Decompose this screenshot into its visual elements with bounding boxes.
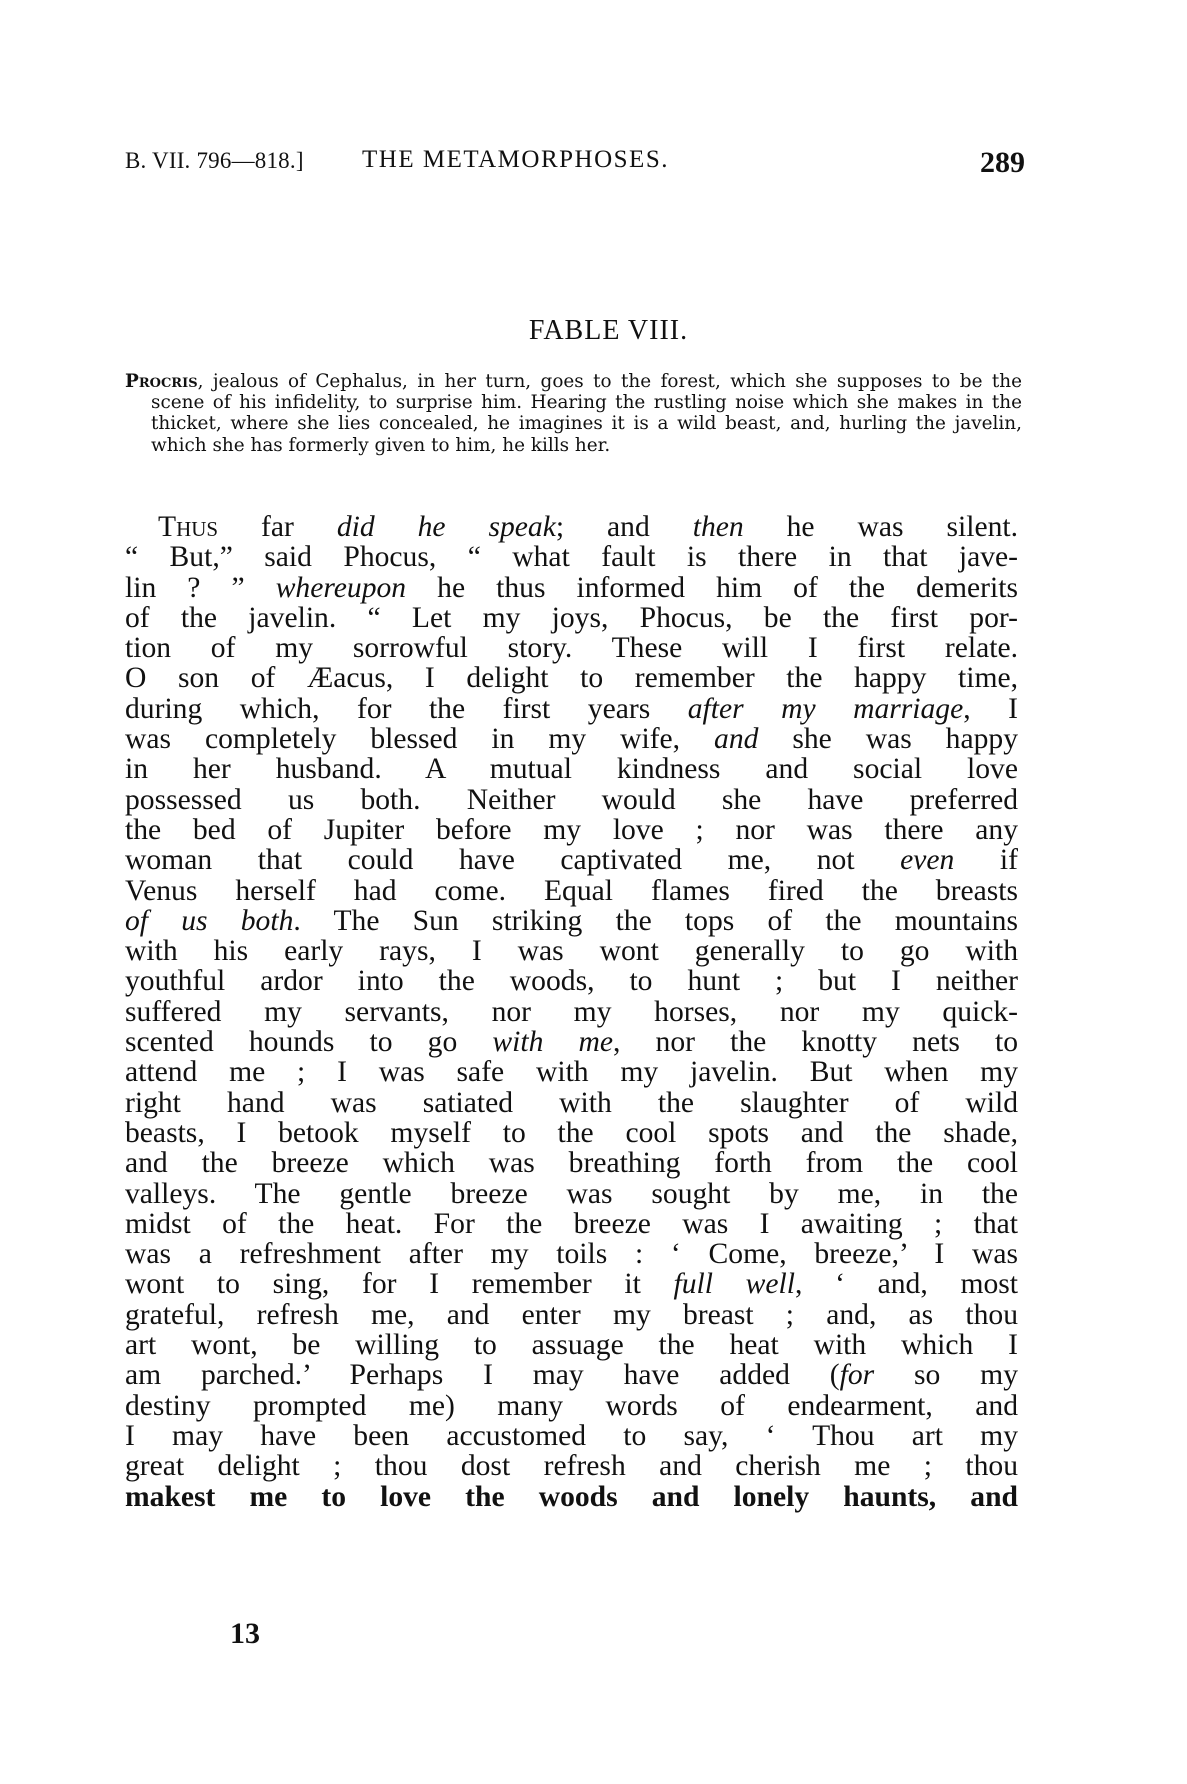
text-segment: so my: [874, 1359, 1018, 1391]
text-line: midst of the heat. For the breeze was I …: [125, 1209, 1018, 1239]
text-line: of us both. The Sun striking the tops of…: [125, 906, 1018, 936]
text-segment: great delight ; thou dost refresh and ch…: [125, 1450, 1018, 1482]
text-segment: with his early rays, I was wont generall…: [125, 935, 1018, 967]
text-segment: far: [218, 511, 337, 543]
signature-mark: 13: [230, 1617, 260, 1651]
text-segment: makest me to love the woods and lonely h…: [125, 1481, 1018, 1513]
text-segment: was a refreshment after my toils : ‘ Com…: [125, 1238, 1018, 1270]
text-line: suffered my servants, nor my horses, nor…: [125, 997, 1018, 1027]
text-segment: grateful, refresh me, and enter my breas…: [125, 1299, 1018, 1331]
text-segment: destiny prompted me) many words of endea…: [125, 1390, 1018, 1422]
text-line: valleys. The gentle breeze was sought by…: [125, 1179, 1018, 1209]
italic-text: for: [840, 1359, 875, 1391]
text-segment: art wont, be willing to assuage the heat…: [125, 1329, 1018, 1361]
book-line-reference: B. VII. 796—818.]: [125, 148, 304, 174]
text-segment: scented hounds to go: [125, 1026, 492, 1058]
running-title: THE METAMORPHOSES.: [362, 146, 669, 174]
text-line: art wont, be willing to assuage the heat…: [125, 1330, 1018, 1360]
argument-lead-word: Procris: [125, 371, 198, 392]
page-number: 289: [980, 146, 1025, 180]
text-line: I may have been accustomed to say, ‘ Tho…: [125, 1421, 1018, 1451]
text-line: scented hounds to go with me, nor the kn…: [125, 1027, 1018, 1057]
italic-text: then: [693, 511, 744, 543]
fable-heading: FABLE VIII.: [0, 315, 1187, 347]
text-line: Thus far did he speak; and then he was s…: [125, 512, 1018, 542]
text-segment: am parched.’ Perhaps I may have added (: [125, 1359, 840, 1391]
book-number: B. VII.: [125, 148, 191, 173]
italic-text: even: [900, 844, 954, 876]
italic-text: of us both: [125, 905, 293, 937]
text-segment: tion of my sorrowful story. These will I…: [125, 632, 1018, 664]
text-segment: attend me ; I was safe with my javelin. …: [125, 1056, 1018, 1088]
text-segment: Venus herself had come. Equal flames fir…: [125, 875, 1018, 907]
text-line: wont to sing, for I remember it full wel…: [125, 1269, 1018, 1299]
text-segment: possessed us both. Neither would she hav…: [125, 784, 1018, 816]
fable-argument: Procris, jealous of Cephalus, in her tur…: [125, 371, 1022, 456]
text-segment: was completely blessed in my wife,: [125, 723, 714, 755]
text-segment: valleys. The gentle breeze was sought by…: [125, 1178, 1018, 1210]
text-line: lin ? ” whereupon he thus informed him o…: [125, 573, 1018, 603]
italic-text: did he speak: [337, 511, 556, 543]
text-segment: of the javelin. “ Let my joys, Phocus, b…: [125, 602, 1018, 634]
italic-text: after my marriage: [688, 693, 964, 725]
text-segment: in her husband. A mutual kindness and so…: [125, 753, 1018, 785]
text-line: was completely blessed in my wife, and s…: [125, 724, 1018, 754]
text-line: of the javelin. “ Let my joys, Phocus, b…: [125, 603, 1018, 633]
text-line: makest me to love the woods and lonely h…: [125, 1482, 1018, 1512]
italic-text: whereupon: [276, 572, 406, 604]
text-segment: , ‘ and, most: [795, 1268, 1018, 1300]
italic-text: with me: [492, 1026, 613, 1058]
text-segment: if: [954, 844, 1018, 876]
text-segment: woman that could have captivated me, not: [125, 844, 900, 876]
text-segment: suffered my servants, nor my horses, nor…: [125, 996, 1018, 1028]
text-line: Venus herself had come. Equal flames fir…: [125, 876, 1018, 906]
text-line: was a refreshment after my toils : ‘ Com…: [125, 1239, 1018, 1269]
body-text: Thus far did he speak; and then he was s…: [125, 512, 1018, 1512]
text-line: possessed us both. Neither would she hav…: [125, 785, 1018, 815]
text-line: youthful ardor into the woods, to hunt ;…: [125, 966, 1018, 996]
text-line: the bed of Jupiter before my love ; nor …: [125, 815, 1018, 845]
text-segment: “ But,” said Phocus, “ what fault is the…: [125, 541, 1018, 573]
text-line: am parched.’ Perhaps I may have added (f…: [125, 1360, 1018, 1390]
book-page: B. VII. 796—818.] THE METAMORPHOSES. 289…: [0, 0, 1187, 1784]
text-line: great delight ; thou dost refresh and ch…: [125, 1451, 1018, 1481]
text-segment: he thus informed him of the demerits: [406, 572, 1018, 604]
text-line: right hand was satiated with the slaught…: [125, 1088, 1018, 1118]
text-segment: she was happy: [758, 723, 1018, 755]
text-segment: youthful ardor into the woods, to hunt ;…: [125, 965, 1018, 997]
text-line: O son of Æacus, I delight to remember th…: [125, 663, 1018, 693]
text-segment: he was silent.: [744, 511, 1018, 543]
text-line: grateful, refresh me, and enter my breas…: [125, 1300, 1018, 1330]
italic-text: full well: [674, 1268, 795, 1300]
text-segment: ; and: [556, 511, 693, 543]
running-header: B. VII. 796—818.] THE METAMORPHOSES. 289: [125, 140, 1025, 190]
text-line: “ But,” said Phocus, “ what fault is the…: [125, 542, 1018, 572]
text-segment: , nor the knotty nets to: [613, 1026, 1018, 1058]
text-line: destiny prompted me) many words of endea…: [125, 1391, 1018, 1421]
text-line: with his early rays, I was wont generall…: [125, 936, 1018, 966]
text-line: and the breeze which was breathing forth…: [125, 1148, 1018, 1178]
text-line: during which, for the first years after …: [125, 694, 1018, 724]
text-segment: wont to sing, for I remember it: [125, 1268, 674, 1300]
text-segment: midst of the heat. For the breeze was I …: [125, 1208, 1018, 1240]
text-line: in her husband. A mutual kindness and so…: [125, 754, 1018, 784]
text-segment: and the breeze which was breathing forth…: [125, 1147, 1018, 1179]
argument-text: , jealous of Cephalus, in her turn, goes…: [151, 371, 1022, 456]
text-line: attend me ; I was safe with my javelin. …: [125, 1057, 1018, 1087]
text-line: woman that could have captivated me, not…: [125, 845, 1018, 875]
text-segment: during which, for the first years: [125, 693, 688, 725]
text-segment: Thus: [158, 511, 218, 543]
line-range: 796—818.]: [196, 148, 303, 173]
text-segment: the bed of Jupiter before my love ; nor …: [125, 814, 1018, 846]
text-segment: O son of Æacus, I delight to remember th…: [125, 662, 1018, 694]
text-segment: right hand was satiated with the slaught…: [125, 1087, 1018, 1119]
text-segment: , I: [963, 693, 1018, 725]
text-segment: beasts, I betook myself to the cool spot…: [125, 1117, 1018, 1149]
italic-text: and: [714, 723, 758, 755]
text-line: tion of my sorrowful story. These will I…: [125, 633, 1018, 663]
text-line: beasts, I betook myself to the cool spot…: [125, 1118, 1018, 1148]
text-segment: . The Sun striking the tops of the mount…: [293, 905, 1018, 937]
text-segment: I may have been accustomed to say, ‘ Tho…: [125, 1420, 1018, 1452]
text-segment: lin ? ”: [125, 572, 276, 604]
